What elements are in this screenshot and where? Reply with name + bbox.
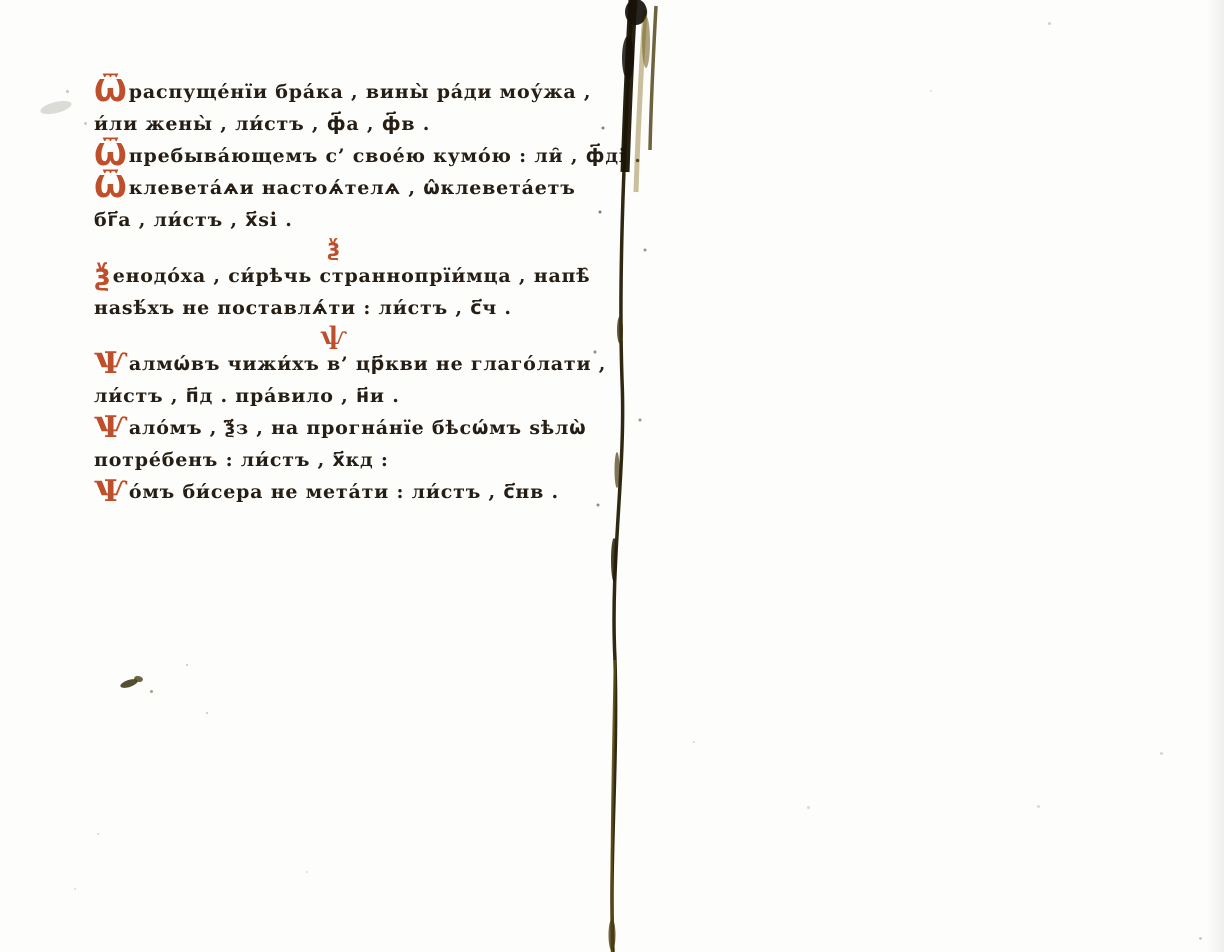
fold-blot bbox=[617, 316, 623, 344]
fold-speck bbox=[602, 127, 605, 130]
fold-blot bbox=[615, 452, 620, 488]
binding-fold bbox=[0, 0, 1224, 952]
fold-crease-top-thick bbox=[625, 0, 633, 172]
fold-blot bbox=[622, 36, 634, 80]
fold-blot bbox=[611, 538, 617, 582]
fold-secondary-line bbox=[650, 6, 656, 150]
fold-speck bbox=[599, 211, 602, 214]
fold-speck bbox=[639, 419, 642, 422]
fold-blot bbox=[642, 16, 650, 68]
fold-speck bbox=[594, 351, 597, 354]
fold-blot bbox=[609, 919, 616, 951]
fold-speck bbox=[597, 504, 600, 507]
fold-speck bbox=[644, 249, 647, 252]
